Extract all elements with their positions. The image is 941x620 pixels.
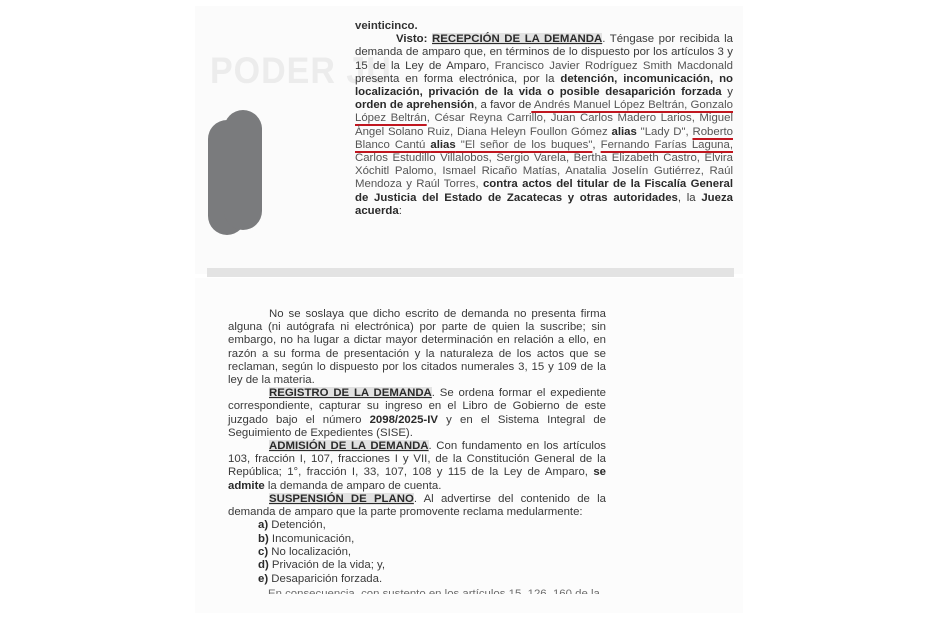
list-item: c) No localización,	[258, 546, 606, 559]
page-divider	[207, 268, 734, 277]
order-section: No se soslaya que dicho escrito de deman…	[228, 308, 606, 594]
expediente-number: 2098/2025-IV	[370, 414, 438, 426]
reception-paragraph: Visto: RECEPCIÓN DE LA DEMANDA. Téngase …	[355, 33, 733, 218]
signature-paragraph: No se soslaya que dicho escrito de deman…	[228, 308, 606, 387]
registro-heading: REGISTRO DE LA DEMANDA	[269, 387, 432, 399]
cut-off-line: En consecuencia, con sustento en los art…	[228, 588, 606, 594]
list-item: a) Detención,	[258, 519, 606, 532]
list-item: b) Incomunicación,	[258, 533, 606, 546]
registro-paragraph: REGISTRO DE LA DEMANDA. Se ordena formar…	[228, 387, 606, 440]
highlighted-name: Fernando Farías Laguna,	[601, 139, 733, 151]
suspension-paragraph: SUSPENSIÓN DE PLANO. Al advertirse del c…	[228, 493, 606, 519]
claimed-acts-list: a) Detención, b) Incomunicación, c) No l…	[258, 519, 606, 586]
suspension-heading: SUSPENSIÓN DE PLANO	[269, 493, 414, 505]
reception-section: veinticinco. Visto: RECEPCIÓN DE LA DEMA…	[355, 20, 733, 218]
list-item: d) Privación de la vida; y,	[258, 559, 606, 572]
redaction-blob	[224, 110, 262, 230]
promovente-name: Francisco Javier Rodríguez Smith Macdona…	[495, 60, 733, 72]
admision-heading: ADMISIÓN DE LA DEMANDA	[269, 440, 429, 452]
reception-heading: RECEPCIÓN DE LA DEMANDA	[432, 33, 602, 45]
admision-paragraph: ADMISIÓN DE LA DEMANDA. Con fundamento e…	[228, 440, 606, 493]
list-item: e) Desaparición forzada.	[258, 573, 606, 586]
first-line: veinticinco.	[355, 20, 733, 33]
